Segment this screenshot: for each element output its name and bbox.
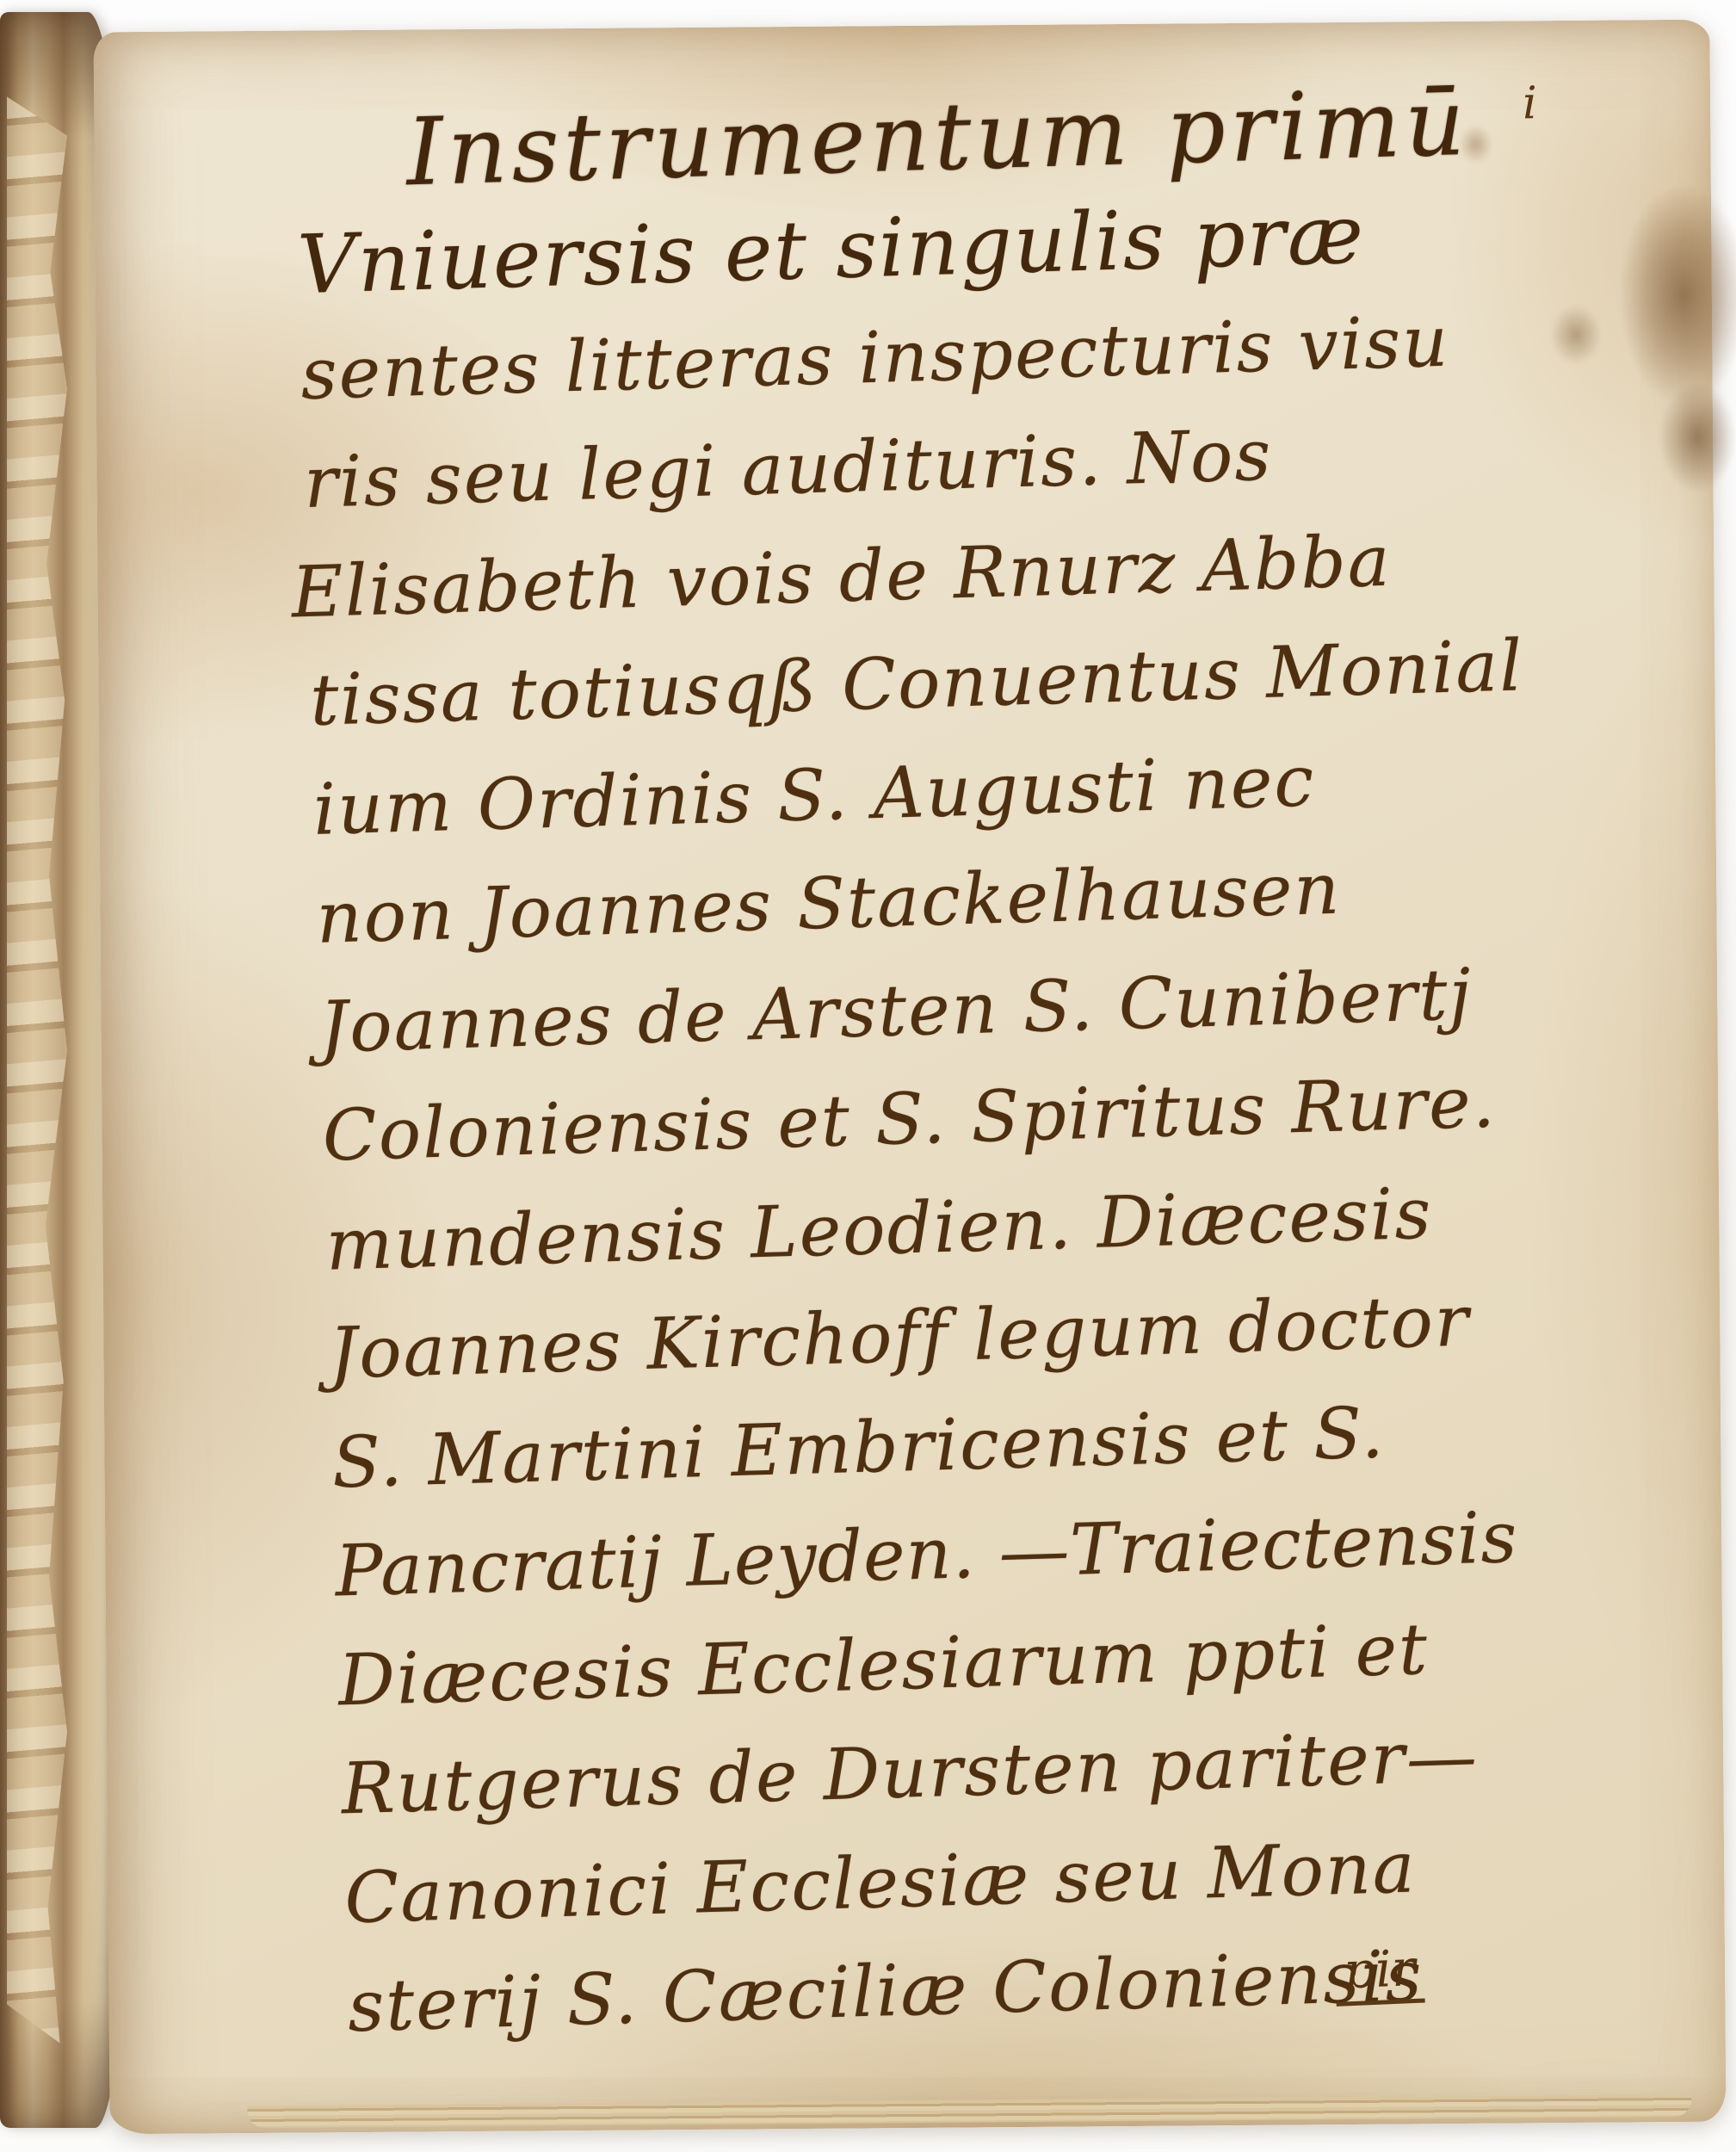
manuscript-page: Instrumentum primū Vniuersis et singulis… <box>93 20 1726 2135</box>
book-block-edges <box>247 2094 1691 2128</box>
photo-background: Instrumentum primū Vniuersis et singulis… <box>0 0 1736 2152</box>
text-lines: Vniuersis et singulis præsentes litteras… <box>296 173 1691 2062</box>
marginal-mark: i <box>1523 77 1537 129</box>
ink-stain <box>1659 380 1736 493</box>
catchword: pir <box>1334 1939 1426 2007</box>
handwritten-text: Instrumentum primū Vniuersis et singulis… <box>293 63 1691 2062</box>
